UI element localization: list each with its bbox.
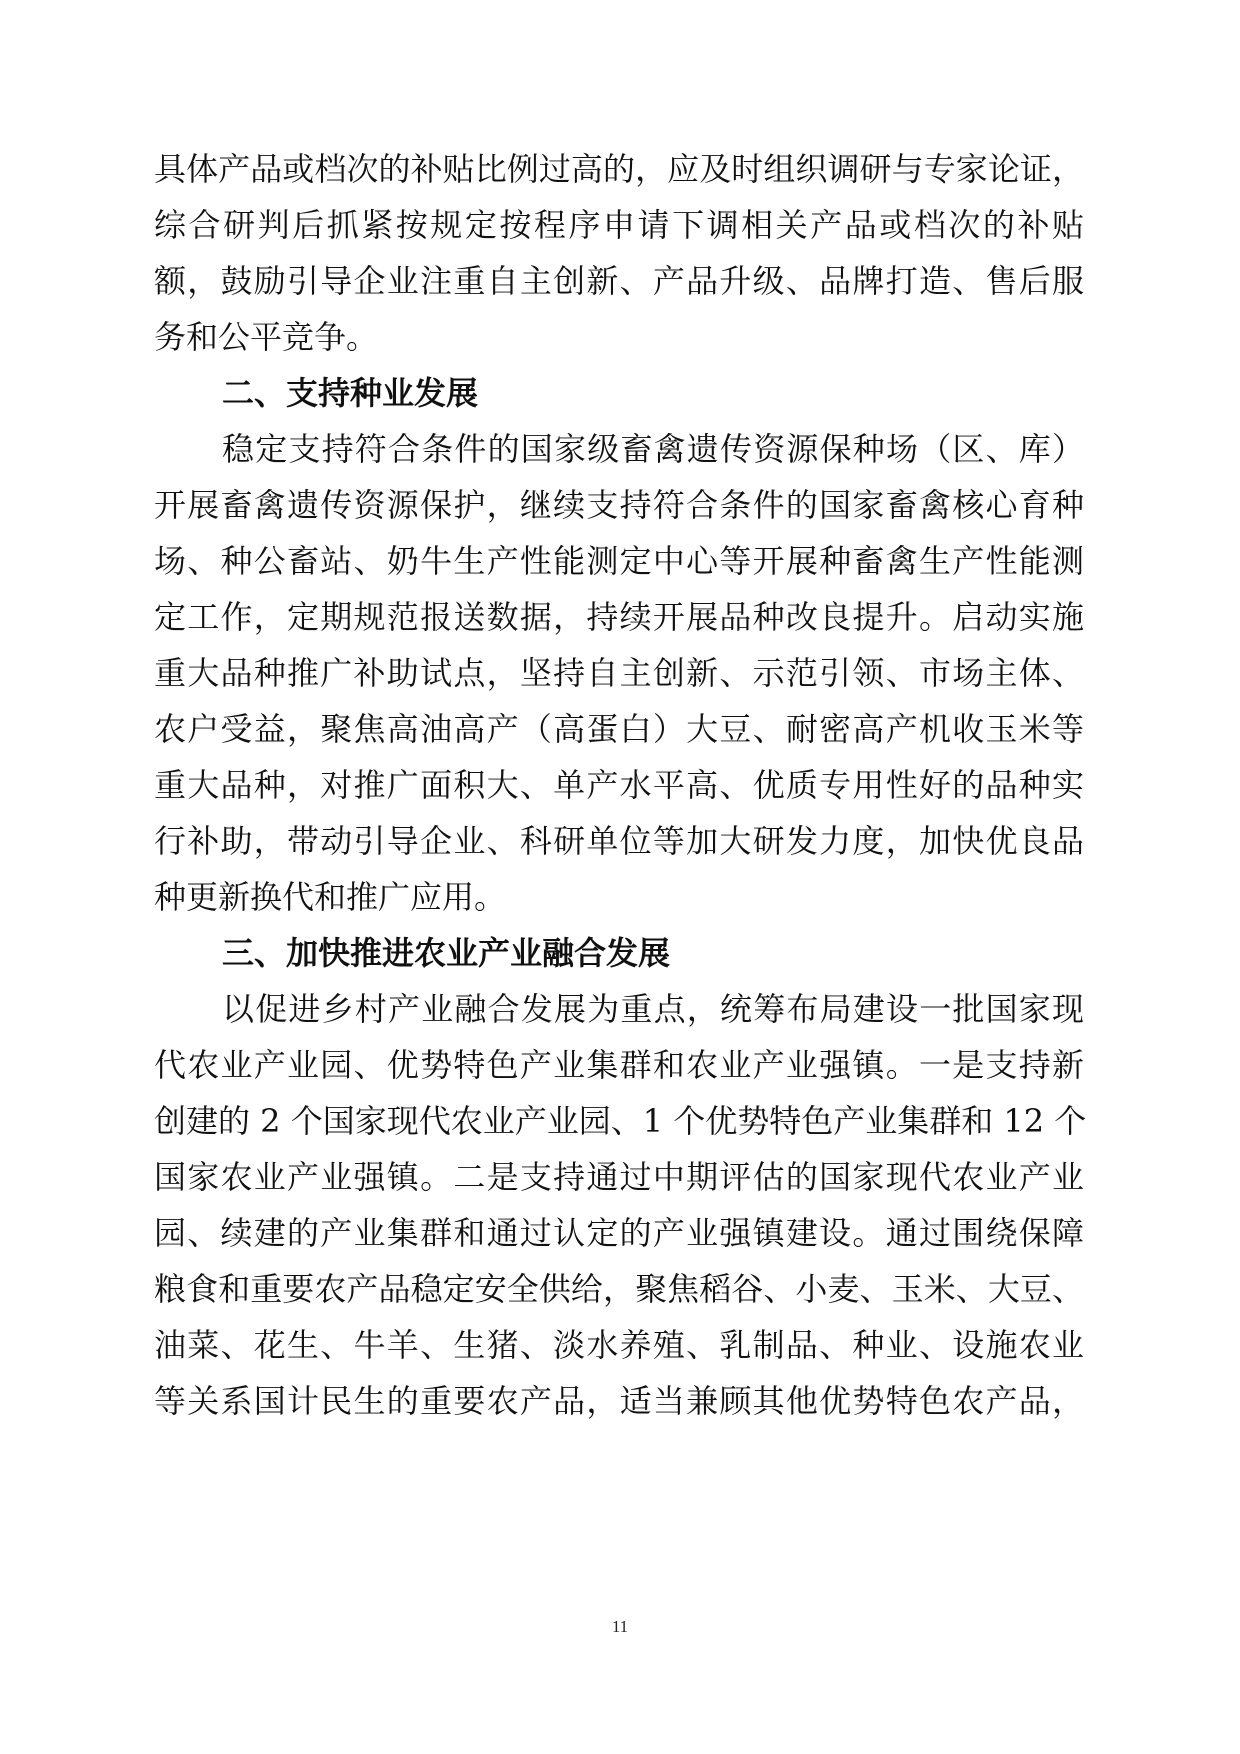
paragraph-line: 开展畜禽遗传资源保护，继续支持符合条件的国家畜禽核心育种 [154, 485, 1084, 525]
document-page: 具体产品或档次的补贴比例过高的，应及时组织调研与专家论证， 综合研判后抓紧按规定… [0, 0, 1240, 1754]
paragraph-line: 等关系国计民生的重要农产品，适当兼顾其他优势特色农产品， [154, 1381, 1084, 1421]
paragraph-line: 园、续建的产业集群和通过认定的产业强镇建设。通过围绕保障 [154, 1213, 1084, 1253]
paragraph-line: 种更新换代和推广应用。 [154, 877, 1084, 917]
paragraph-line: 稳定支持符合条件的国家级畜禽遗传资源保种场（区、库） [222, 429, 1084, 469]
paragraph-line: 创建的 2 个国家现代农业产业园、1 个优势特色产业集群和 12 个 [154, 1101, 1084, 1141]
paragraph-line: 额，鼓励引导企业注重自主创新、产品升级、品牌打造、售后服 [154, 261, 1084, 301]
paragraph-line: 综合研判后抓紧按规定按程序申请下调相关产品或档次的补贴 [154, 205, 1084, 245]
paragraph-line: 以促进乡村产业融合发展为重点，统筹布局建设一批国家现 [222, 989, 1084, 1029]
section-heading: 三、加快推进农业产业融合发展 [222, 933, 670, 973]
paragraph-line: 重大品种推广补助试点，坚持自主创新、示范引领、市场主体、 [154, 653, 1084, 693]
paragraph-line: 务和公平竞争。 [154, 317, 1084, 357]
paragraph-line: 定工作，定期规范报送数据，持续开展品种改良提升。启动实施 [154, 597, 1084, 637]
page-number: 11 [0, 1617, 1240, 1637]
paragraph-line: 行补助，带动引导企业、科研单位等加大研发力度，加快优良品 [154, 821, 1084, 861]
paragraph-line: 具体产品或档次的补贴比例过高的，应及时组织调研与专家论证， [154, 149, 1084, 189]
paragraph-line: 国家农业产业强镇。二是支持通过中期评估的国家现代农业产业 [154, 1157, 1084, 1197]
paragraph-line: 油菜、花生、牛羊、生猪、淡水养殖、乳制品、种业、设施农业 [154, 1325, 1084, 1365]
section-heading: 二、支持种业发展 [222, 373, 478, 413]
paragraph-line: 农户受益，聚焦高油高产（高蛋白）大豆、耐密高产机收玉米等 [154, 709, 1084, 749]
paragraph-line: 粮食和重要农产品稳定安全供给，聚焦稻谷、小麦、玉米、大豆、 [154, 1269, 1084, 1309]
paragraph-line: 场、种公畜站、奶牛生产性能测定中心等开展种畜禽生产性能测 [154, 541, 1084, 581]
paragraph-line: 重大品种，对推广面积大、单产水平高、优质专用性好的品种实 [154, 765, 1084, 805]
paragraph-line: 代农业产业园、优势特色产业集群和农业产业强镇。一是支持新 [154, 1045, 1084, 1085]
